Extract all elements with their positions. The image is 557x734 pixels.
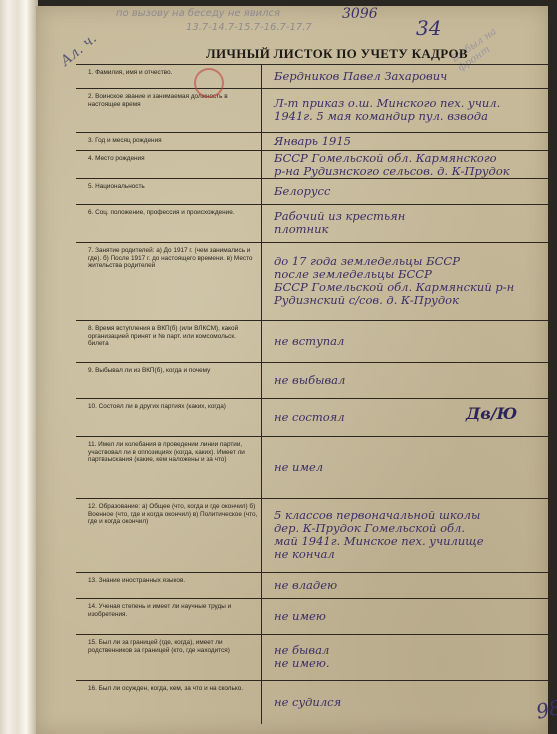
right-border — [549, 64, 550, 679]
ink-stamp — [194, 68, 224, 98]
field-label: 4. Место рождения — [88, 155, 258, 163]
field-label: 10. Состоял ли в других партиях (каких, … — [88, 403, 258, 411]
answer-line: не выбывал — [274, 374, 549, 387]
column-divider — [261, 64, 262, 724]
row-divider — [76, 362, 551, 363]
row-divider — [76, 64, 551, 65]
top-note-line-1: по вызову на беседу не явился — [116, 8, 280, 19]
field-answer: не имею — [274, 610, 549, 623]
field-answer: не владею — [274, 579, 549, 592]
field-answer: не бывалне имею. — [274, 644, 549, 670]
row-divider — [76, 88, 551, 89]
field-label: 11. Имел ли колебания в проведении линии… — [88, 441, 258, 464]
field-answer: до 17 года земледельцы БССРпосле земледе… — [274, 255, 549, 307]
field-label: 14. Ученая степень и имеет ли научные тр… — [88, 603, 258, 618]
field-label: 9. Выбывал ли из ВКП(б), когда и почему — [88, 367, 258, 375]
row-divider — [76, 132, 551, 133]
answer-line: не имею — [274, 610, 549, 623]
row-divider — [76, 498, 551, 499]
answer-line: не вступал — [274, 335, 549, 348]
row-divider — [76, 204, 551, 205]
field-answer: Январь 1915 — [274, 135, 549, 148]
field-label: 16. Был ли осужден, когда, кем, за что и… — [88, 685, 258, 693]
row-divider — [76, 178, 551, 179]
row-divider — [76, 242, 551, 243]
row-divider — [76, 398, 551, 399]
field-answer: не вступал — [274, 335, 549, 348]
field-answer: не имел — [274, 461, 549, 474]
archive-number: 3096 — [342, 6, 378, 22]
form-title: ЛИЧНЫЙ ЛИСТОК ПО УЧЕТУ КАДРОВ — [206, 46, 468, 62]
field-label: 1. Фамилия, имя и отчество. — [88, 69, 258, 77]
answer-line: 1941г. 5 мая командир пул. взвода — [274, 110, 549, 123]
row-divider — [76, 680, 551, 681]
row-divider — [76, 572, 551, 573]
field-label: 2. Воинское звание и занимаемая должност… — [88, 93, 258, 108]
personnel-record-sheet: по вызову на беседу не явился 13.7-14.7-… — [36, 6, 548, 734]
form-grid: 1. Фамилия, имя и отчество.Бердников Пав… — [76, 64, 551, 724]
field-label: 12. Образование: а) Общее (что, когда и … — [88, 503, 258, 526]
answer-line: Белорусс — [274, 185, 549, 198]
field-label: 5. Национальность — [88, 183, 258, 191]
field-label: 13. Знание иностранных языков. — [88, 577, 258, 585]
field-answer: Белорусс — [274, 185, 549, 198]
answer-line: Рудизнский с/сов. д. К-Прудок — [274, 294, 549, 307]
field-label: 6. Соц. положение, профессия и происхожд… — [88, 209, 258, 217]
answer-line: не имел — [274, 461, 549, 474]
field-label: 15. Был ли за границей (где, когда), име… — [88, 639, 258, 654]
field-answer: 5 классов первоначальной школыдер. К-Пру… — [274, 509, 549, 561]
field-label: 8. Время вступления в ВКП(б) (или ВЛКСМ)… — [88, 325, 258, 348]
answer-line: Бердников Павел Захарович — [274, 70, 549, 83]
field-answer: Рабочий из крестьянплотник — [274, 210, 549, 236]
sheet-number: 34 — [416, 16, 441, 40]
field-answer: Бердников Павел Захарович — [274, 70, 549, 83]
field-answer: не выбывал — [274, 374, 549, 387]
field-label: 7. Занятие родителей: а) До 1917 г. (чем… — [88, 247, 258, 270]
row-divider — [76, 598, 551, 599]
field-answer: Л-т приказ о.ш. Минского пех. учил.1941г… — [274, 97, 549, 123]
answer-line: не владею — [274, 579, 549, 592]
field-answer: не судился — [274, 696, 549, 709]
answer-line: не имею. — [274, 657, 549, 670]
answer-line: Январь 1915 — [274, 135, 549, 148]
field-label: 3. Год и месяц рождения — [88, 137, 258, 145]
answer-line: плотник — [274, 223, 549, 236]
top-note-line-2: 13.7-14.7-15.7-16.7-17.7 — [186, 22, 312, 33]
answer-line: не кончал — [274, 548, 549, 561]
answer-line: р-на Рудизнского сельсов. д. К-Прудок — [274, 165, 549, 178]
field-answer: БССР Гомельской обл. Кармянскогор-на Руд… — [274, 152, 549, 178]
signature: Дв/Ю — [466, 404, 517, 423]
row-divider — [76, 320, 551, 321]
answer-line: не судился — [274, 696, 549, 709]
row-divider — [76, 436, 551, 437]
row-divider — [76, 634, 551, 635]
binder-margin — [0, 0, 38, 734]
